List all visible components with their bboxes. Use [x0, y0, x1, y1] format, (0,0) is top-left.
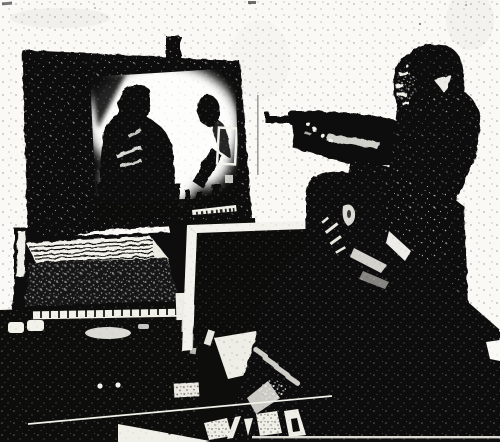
photo-canvas	[0, 0, 500, 442]
photo-grain-overlay	[0, 0, 500, 442]
photo	[0, 0, 500, 442]
